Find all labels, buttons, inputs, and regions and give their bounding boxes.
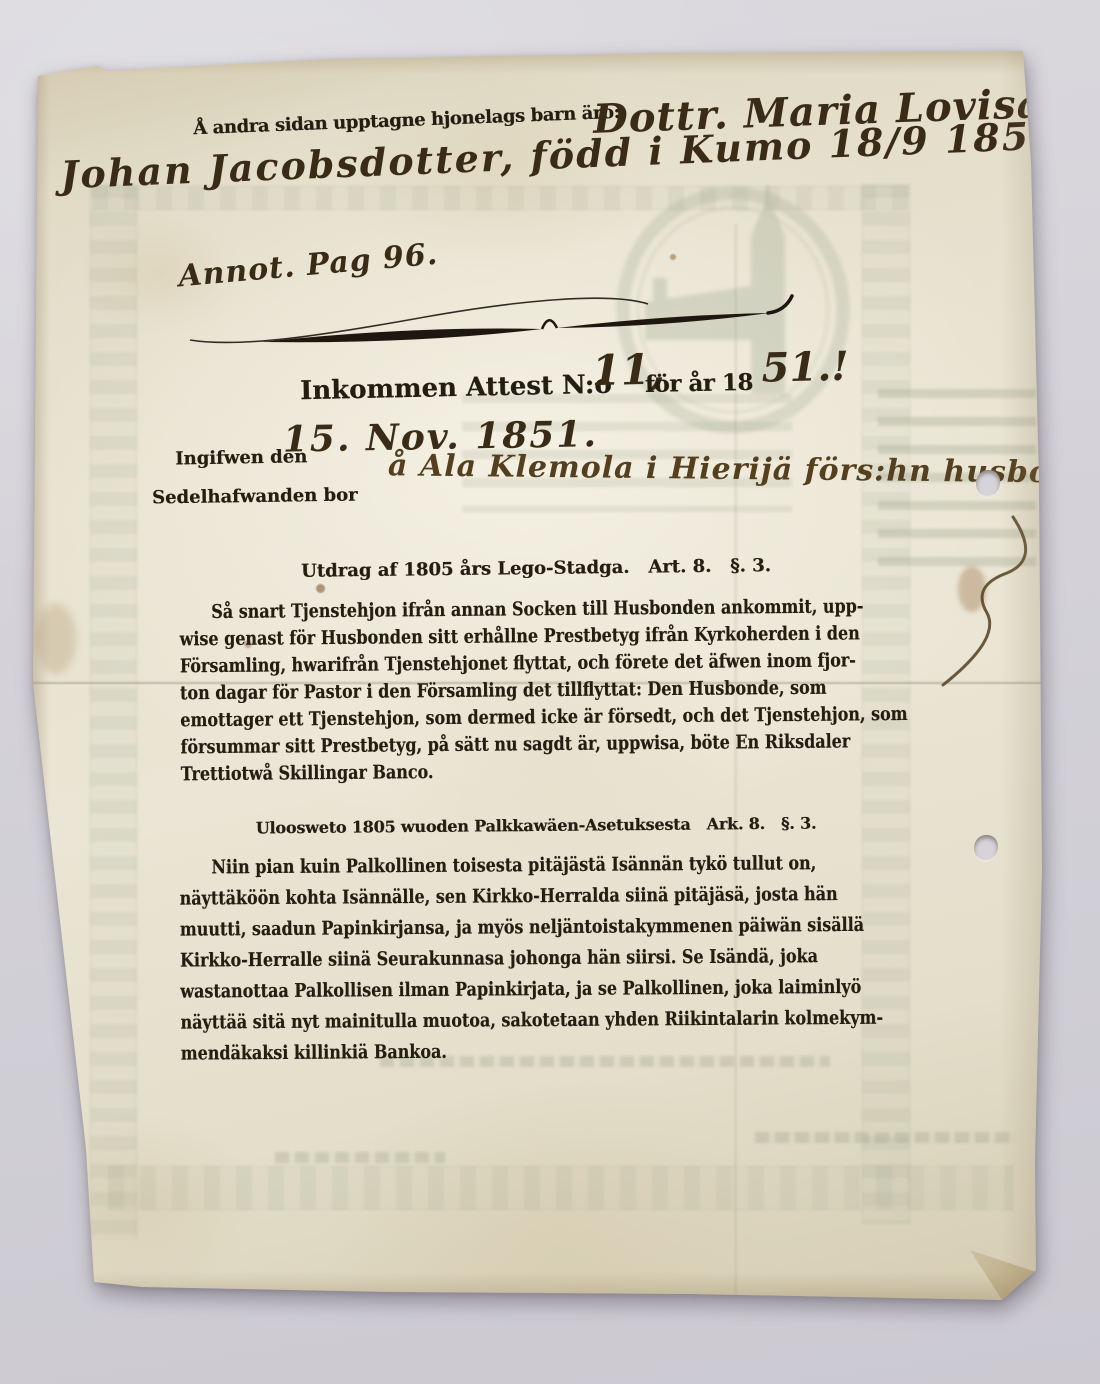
embossed-border-bottom xyxy=(108,1166,1013,1210)
extract-line: näyttäköön kohta Isännälle, sen Kirkko-H… xyxy=(179,879,818,914)
speck-stain xyxy=(670,254,676,260)
extract-line: muutti, saadun Papinkirjansa, ja myös ne… xyxy=(180,910,819,945)
edge-stain-left xyxy=(36,604,76,674)
extract-line: Trettiotwå Skillingar Banco. xyxy=(181,756,820,789)
extract-line: Kirkko-Herralle siinä Seurakunnasa johon… xyxy=(180,941,819,976)
holder-label: Sedelhafwanden bor xyxy=(152,485,358,509)
extract-line: wastanottaa Palkollisen ilman Papinkirja… xyxy=(180,972,819,1007)
wax-seal-residue xyxy=(46,1140,76,1170)
extract-line: Niin pian kuin Palkollinen toisesta pitä… xyxy=(179,848,818,883)
handwritten-attest-year: 51.! xyxy=(761,343,849,392)
embossed-border-left xyxy=(90,184,137,1239)
finnish-extract-paragraph: Niin pian kuin Palkollinen toisesta pitä… xyxy=(179,847,940,1069)
extract-line: mendäkaksi killinkiä Bankoa. xyxy=(181,1034,820,1069)
document-paper: Å andra sidan upptagne hjonelags barn är… xyxy=(30,44,1048,1306)
attest-incoming-label: Inkommen Attest N:o xyxy=(300,370,612,407)
ink-spot-stain xyxy=(316,584,325,593)
mirrored-text-bottom-2 xyxy=(755,1132,1015,1143)
document-photo: Å andra sidan upptagne hjonelags barn är… xyxy=(30,44,1048,1306)
extract-line: näyttää sitä nyt mainitulla muotoa, sako… xyxy=(180,1003,819,1038)
attest-year-label: för år 18 xyxy=(645,369,753,398)
swedish-extract-paragraph: Så snart Tjenstehjon ifrån annan Socken … xyxy=(179,593,941,789)
mirrored-text-bottom-3 xyxy=(275,1152,445,1163)
